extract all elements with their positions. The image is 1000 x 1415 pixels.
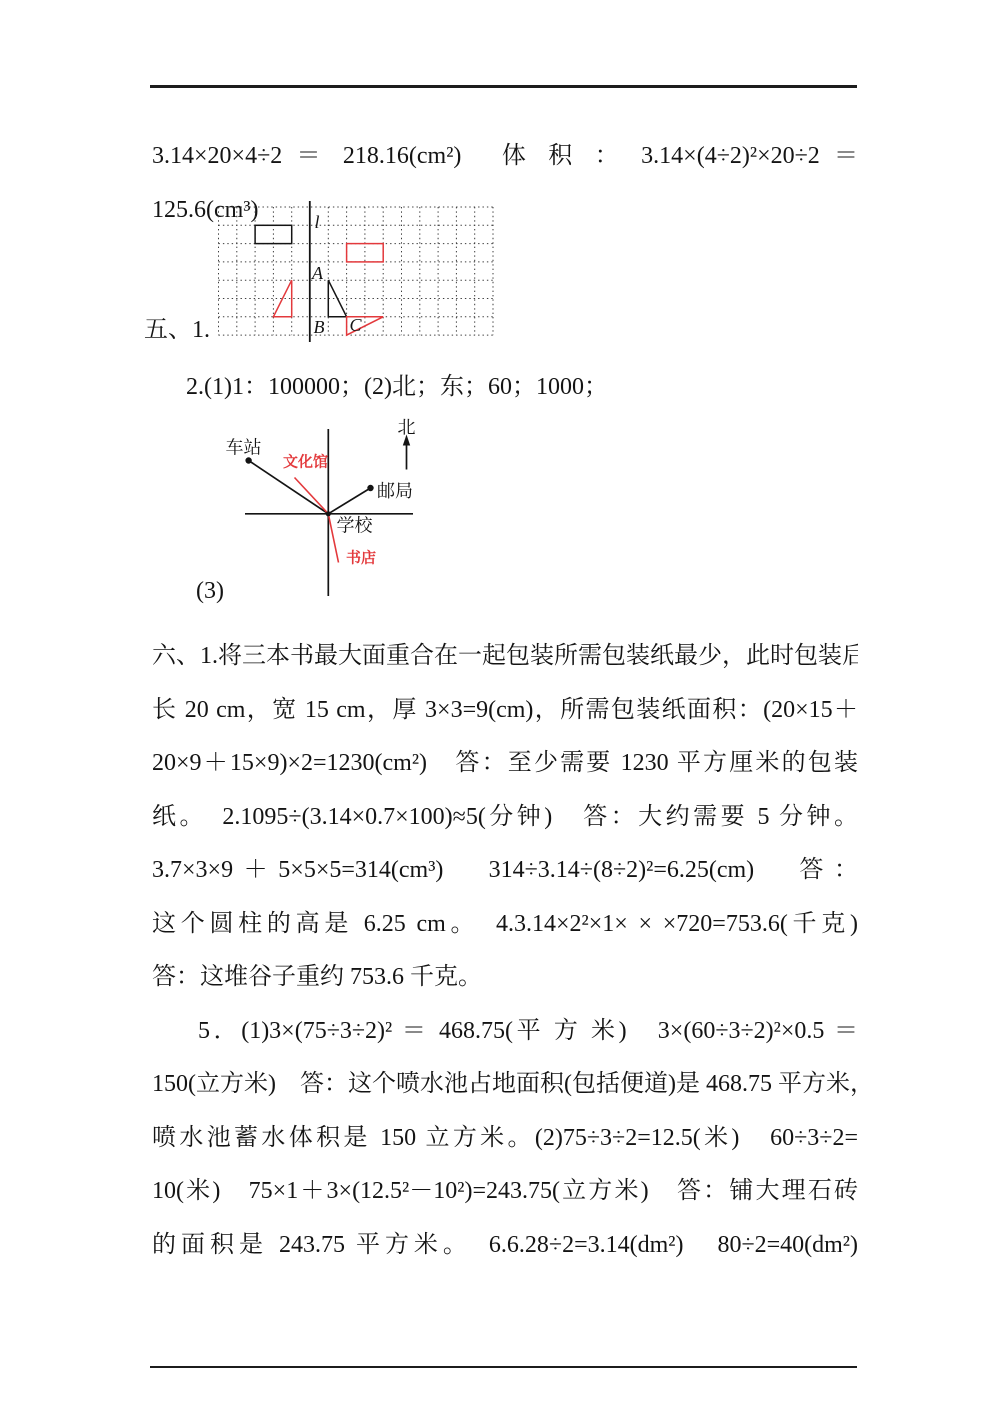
reflected-rectangle — [347, 244, 384, 262]
answer-text-line: 3.14×20×4÷2 ＝ 218.16(cm²) 体 积 ： 3.14×(4÷… — [152, 130, 858, 184]
answer-text-line: 长 20 cm，宽 15 cm，厚 3×3=9(cm)，所需包装纸面积：(20×… — [152, 684, 858, 738]
axis-label-l: l — [315, 212, 320, 232]
culture-hall-label: 文化馆 — [283, 453, 329, 471]
post-office-dot — [367, 485, 373, 491]
station-dot — [245, 457, 251, 463]
point-label-c: C — [350, 315, 363, 335]
point-label-b: B — [314, 317, 325, 337]
answer-text-line: 5．(1)3×(75÷3÷2)² ＝ 468.75(平 方 米) 3×(60÷3… — [152, 1005, 858, 1059]
answer-text-line: 纸。 2.1095÷(3.14×0.7×100)≈5(分钟) 答：大约需要 5 … — [152, 791, 858, 845]
point-label-a: A — [311, 263, 324, 283]
answer-text-line: 的面积是 243.75 平方米。 6.6.28÷2=3.14(dm²) 80÷2… — [152, 1219, 858, 1273]
bottom-rule — [150, 1366, 857, 1368]
answer-text-line: 喷水池蓄水体积是 150 立方米。(2)75÷3÷2=12.5(米) 60÷3÷… — [152, 1112, 858, 1166]
reflection-grid-figure: l A B C — [205, 196, 505, 348]
north-label: 北 — [398, 418, 416, 438]
original-triangle — [328, 280, 346, 317]
bookstore-label: 书店 — [346, 549, 376, 567]
section-five-label: 五、1. — [144, 315, 210, 345]
section-five-item2: 2.(1)1：100000；(2)北；东；60；1000； — [186, 372, 608, 402]
answer-text-line: 20×9＋15×9)×2=1230(cm²) 答：至少需要 1230 平方厘米的… — [152, 737, 858, 791]
answer-sheet-page: 3.14×20×4÷2 ＝ 218.16(cm²) 体 积 ： 3.14×(4÷… — [0, 0, 1000, 1415]
post-office-label: 邮局 — [377, 481, 413, 501]
post-office-ray — [328, 488, 370, 514]
answer-text-line: 答：这堆谷子重约 753.6 千克。 — [152, 951, 858, 1005]
answer-text-line: 六、1.将三本书最大面重合在一起包装所需包装纸最少，此时包装后 — [152, 630, 858, 684]
answer-text-line: 3.7×3×9＋5×5×5=314(cm³) 314÷3.14÷(8÷2)²=6… — [152, 844, 858, 898]
school-label: 学校 — [337, 516, 374, 536]
answer-text-line: 这个圆柱的高是 6.25 cm。 4.3.14×2²×1× × ×720=753… — [152, 898, 858, 952]
answer-text-line: 150(立方米) 答：这个喷水池占地面积(包括便道)是 468.75 平方米， — [152, 1058, 858, 1112]
school-dot — [326, 511, 331, 516]
section-six-paragraph: 六、1.将三本书最大面重合在一起包装所需包装纸最少，此时包装后 长 20 cm，… — [152, 630, 858, 1272]
station-label: 车站 — [226, 438, 262, 458]
top-rule — [150, 85, 857, 88]
culture-hall-ray — [295, 478, 329, 514]
answer-text-line: 10(米) 75×1＋3×(12.5²－10²)=243.75(立方米) 答：铺… — [152, 1165, 858, 1219]
section-five-item3-label: (3) — [196, 576, 224, 606]
